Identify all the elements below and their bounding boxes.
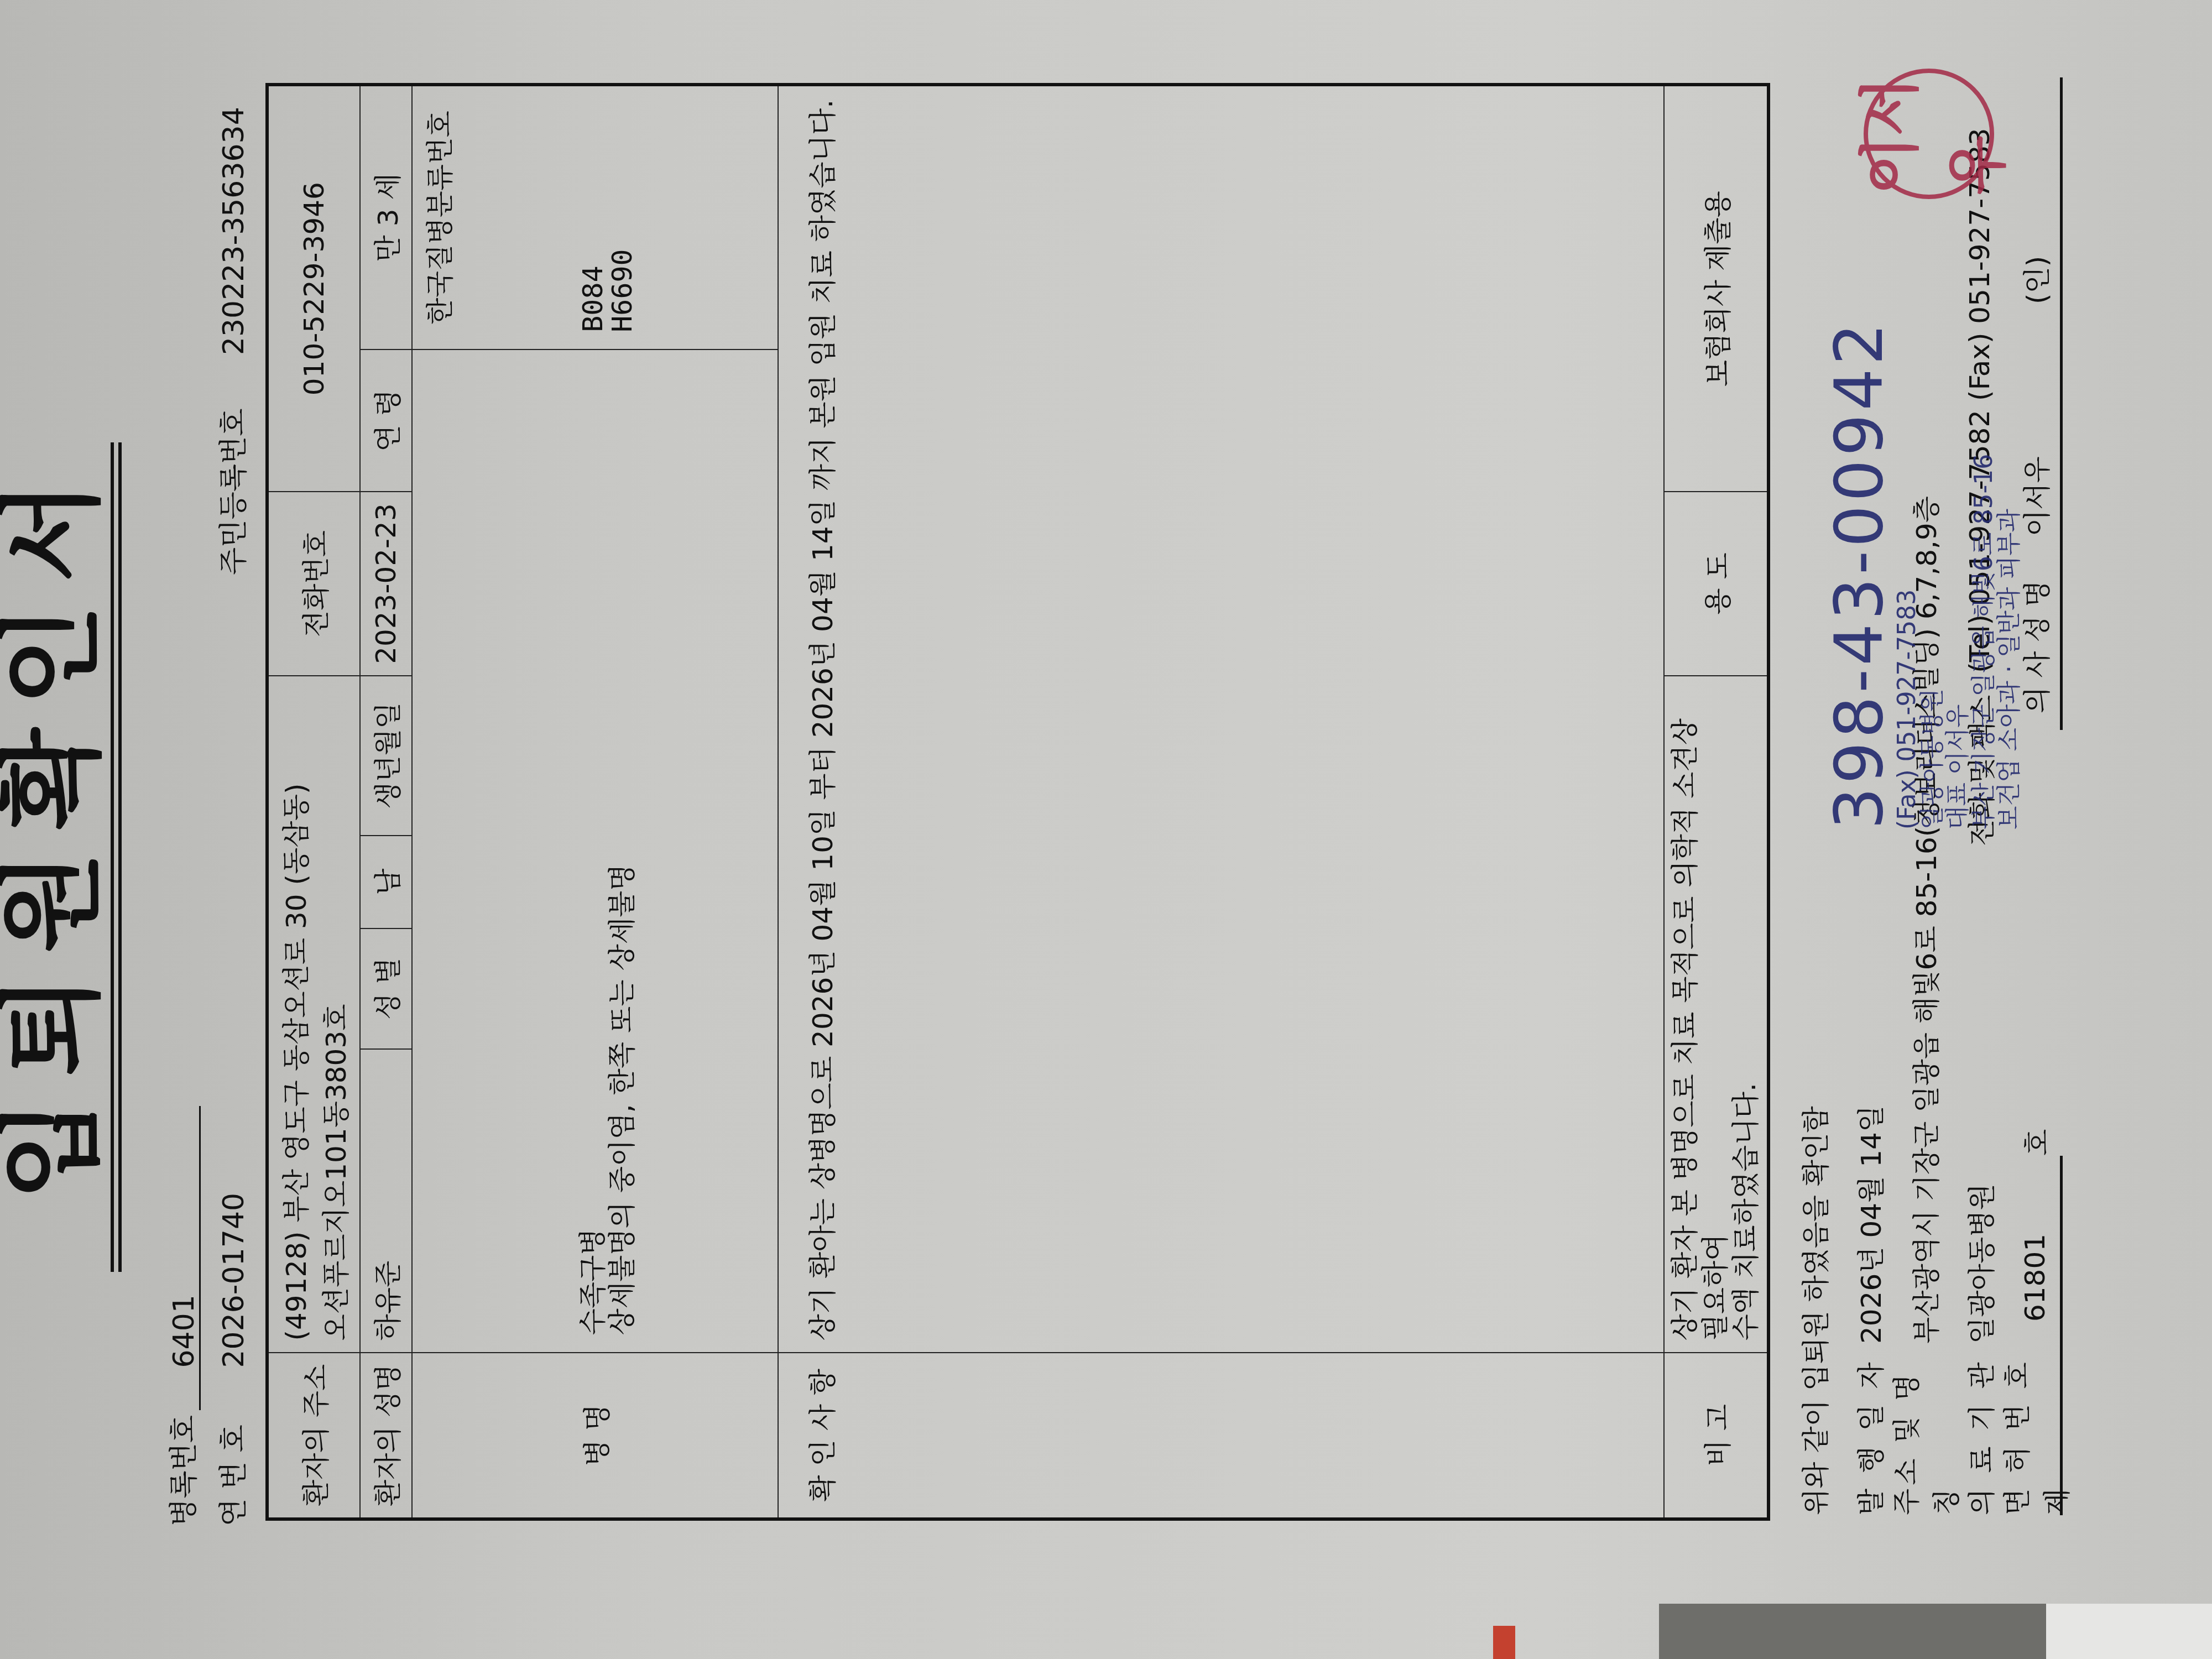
license-label: 면 허 번 호 제 [1995,1344,2075,1515]
sex-value: 남 [360,836,412,928]
diagnosis-row: 병 명 수족구병 상세불명의 중이염, 한쪽 또는 상세불명 한국질병분류번호 … [412,85,778,1519]
stamp-fax: (Fax) 051-927-7583 [1895,111,1920,830]
stamp-representative: 대표 이서우 [1945,111,1971,830]
age-value: 만 3 세 [360,85,412,349]
address-value: (49128) 부산 영도구 동삼오션로 30 (동삼동) 오션푸르지오101동… [267,676,360,1353]
diagnosis-code: B084 [578,249,608,332]
record-number: 6401 [168,1295,201,1368]
address-label: 환자의 주소 [267,1353,360,1519]
confirmation-text: 상기 환아는 상병명으로 2026년 04월 10일 부터 2026년 04월 … [778,85,1664,1353]
birth-value: 2023-02-23 [360,492,412,676]
usage-value: 보험회사 제출용 [1664,85,1768,492]
license-number: 61801 [2019,1156,2051,1322]
diagnosis-code: H6690 [608,249,637,332]
address-line1: (49128) 부산 영도구 동삼오션로 30 (동삼동) [274,687,314,1341]
record-number-label: 병록번호 [160,1399,202,1526]
institution-name: 일광아동병원 [1960,846,2000,1344]
patient-row: 환자의 성명 하유준 성 별 남 생년월일 2023-02-23 연 령 만 3… [360,85,412,1519]
admission-discharge-certificate: 입퇴원확인서 병록번호 6401 연 번 호 2026-01740 주민등록번호… [0,0,2212,1659]
address-line2: 오션푸르지오101동3803호 [314,687,354,1341]
business-number: 398-43-00942 [1825,111,1895,830]
signature-line [2060,77,2063,730]
diagnosis-name: 상세불명의 중이염, 한쪽 또는 상세불명 [608,864,637,1335]
birth-label: 생년월일 [360,676,412,836]
serial-number-label: 연 번 호 [210,1399,252,1526]
diagnosis-name: 수족구병 [578,864,608,1335]
resident-id: 230223-3563634 [217,107,251,355]
remarks-row: 비 고 상기 환자 본 병명으로 치료 목적으로 의학적 소견상 필요하여 수액… [1664,85,1768,1519]
age-label: 연 령 [360,349,412,492]
issue-date: 2026년 04월 14일 [1849,1105,1889,1344]
remarks-line2: 수액 치료하였습니다. [1731,687,1761,1341]
institution-address-label: 주소 및 명칭 [1885,1344,1964,1515]
institution-label: 의 료 기 관 [1960,1344,2000,1515]
signature-line [2060,1156,2063,1515]
certificate-table: 환자의 주소 (49128) 부산 영도구 동삼오션로 30 (동삼동) 오션푸… [265,83,1770,1521]
record-number-row: 병록번호 6401 [160,1295,202,1526]
diagnosis-codes: 한국질병분류번호 B084 H6690 [412,85,778,349]
hospital-stamp: 398-43-00942 (Fax) 051-927-7583 일광아동병원 대… [1825,111,2022,830]
phone-label: 전화번호 [267,492,360,676]
title-underline [118,442,122,1272]
code-header: 한국질병분류번호 [418,97,458,338]
resident-id-label: 주민등록번호 [217,409,251,575]
stamp-address: 부산 기장군 일광읍 해빛6로 85-16 [1971,111,1997,830]
divider [199,1106,201,1410]
name-label: 환자의 성명 [360,1353,412,1519]
issue-date-label: 발 행 일 자 [1849,1344,1889,1515]
diagnosis-label: 병 명 [412,1353,778,1519]
remarks-line1: 상기 환자 본 병명으로 치료 목적으로 의학적 소견상 필요하여 [1670,687,1731,1341]
phone-value: 010-5229-3946 [267,85,360,492]
patient-name: 하유준 [360,1049,412,1353]
confirmation-row: 확 인 사 항 상기 환아는 상병명으로 2026년 04월 10일 부터 20… [778,85,1664,1519]
document-title: 입퇴원확인서 [0,332,118,1327]
sex-label: 성 별 [360,928,412,1049]
usage-label: 용 도 [1664,492,1768,676]
stamp-hospital-name: 일광아동병원 [1920,111,1945,830]
stamp-category: 보건업 소아과 · 일반과 피부과 [1997,111,2022,830]
address-row: 환자의 주소 (49128) 부산 영도구 동삼오션로 30 (동삼동) 오션푸… [267,85,360,1519]
remarks-label: 비 고 [1664,1353,1768,1519]
title-underline [111,442,114,1272]
serial-number-row: 연 번 호 2026-01740 [210,1193,252,1526]
confirmation-label: 확 인 사 항 [778,1353,1664,1519]
serial-number: 2026-01740 [217,1193,251,1368]
remarks-text: 상기 환자 본 병명으로 치료 목적으로 의학적 소견상 필요하여 수액 치료하… [1664,676,1768,1353]
diagnosis-names: 수족구병 상세불명의 중이염, 한쪽 또는 상세불명 [412,349,778,1353]
resident-id-row: 주민등록번호 230223-3563634 [210,107,252,575]
